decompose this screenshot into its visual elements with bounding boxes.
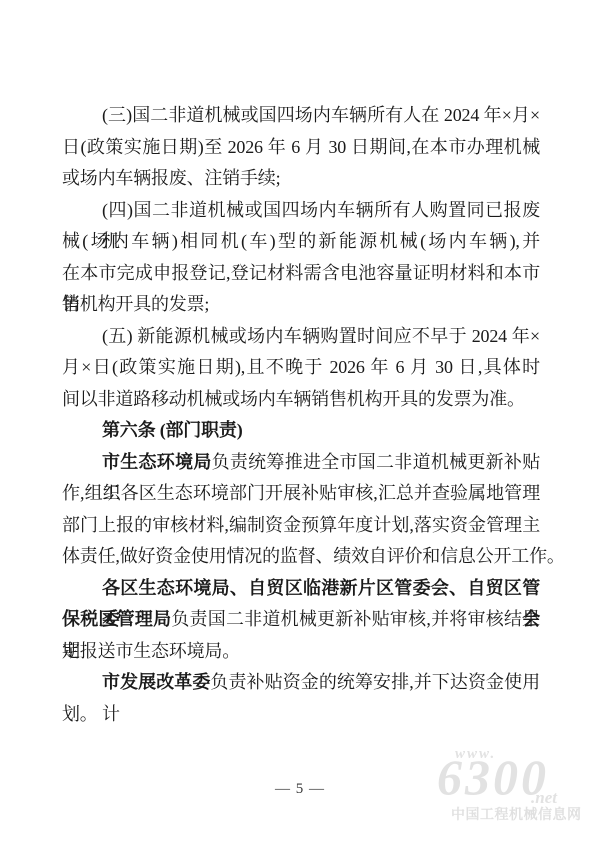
text-line: (五) 新能源机械或场内车辆购置时间应不早于 2024 年× <box>62 321 540 353</box>
text-line: 或场内车辆报废、注销手续; <box>62 163 540 195</box>
text-line: (三)国二非道机械或国四场内车辆所有人在 2024 年×月× <box>62 100 540 132</box>
text-line: 部门上报的审核材料,编制资金预算年度计划,落实资金管理主 <box>62 510 540 542</box>
bold-text-run: 市发展改革委 <box>102 672 210 692</box>
text-line: 体责任,做好资金使用情况的监督、绩效自评价和信息公开工作。 <box>62 541 540 573</box>
text-line: 第六条 (部门职责) <box>62 415 540 447</box>
text-line: 市发展改革委负责补贴资金的统筹安排,并下达资金使用计 <box>62 667 540 699</box>
text-line: (四)国二非道机械或国四场内车辆所有人购置同已报废机 <box>62 195 540 227</box>
text-line: 作,组织各区生态环境部门开展补贴审核,汇总并查验属地管理 <box>62 478 540 510</box>
text-run: 售机构开具的发票; <box>62 294 209 314</box>
text-run: (五) 新能源机械或场内车辆购置时间应不早于 2024 年× <box>102 326 540 346</box>
text-run: 作,组织各区生态环境部门开展补贴审核,汇总并查验属地管理 <box>62 483 540 503</box>
text-line: 间以非道路移动机械或场内车辆销售机构开具的发票为准。 <box>62 384 540 416</box>
text-line: 划。 <box>62 699 540 731</box>
text-run: 间以非道路移动机械或场内车辆销售机构开具的发票为准。 <box>62 389 525 409</box>
text-run: 械(场内车辆)相同机(车)型的新能源机械(场内车辆),并 <box>62 231 540 251</box>
bold-text-run: 保税区管理局 <box>62 609 171 629</box>
page-number: — 5 — <box>0 781 600 798</box>
text-line: 日(政策实施日期)至 2026 年 6 月 30 日期间,在本市办理机械 <box>62 132 540 164</box>
text-run: 部门上报的审核材料,编制资金预算年度计划,落实资金管理主 <box>62 515 540 535</box>
document-body: (三)国二非道机械或国四场内车辆所有人在 2024 年×月×日(政策实施日期)至… <box>62 100 540 730</box>
text-run: 划。 <box>62 704 98 724</box>
text-run: 体责任,做好资金使用情况的监督、绩效自评价和信息公开工作。 <box>62 546 565 566</box>
text-line: 月×日(政策实施日期),且不晚于 2026 年 6 月 30 日,具体时 <box>62 352 540 384</box>
watermark-site-name: 中国工程机械信息网 <box>451 804 582 824</box>
text-line: 市生态环境局负责统筹推进全市国二非道机械更新补贴工 <box>62 447 540 479</box>
document-page: (三)国二非道机械或国四场内车辆所有人在 2024 年×月×日(政策实施日期)至… <box>0 0 600 848</box>
text-run: 月×日(政策实施日期),且不晚于 2026 年 6 月 30 日,具体时 <box>62 357 540 377</box>
text-run: (三)国二非道机械或国四场内车辆所有人在 2024 年×月× <box>102 105 540 125</box>
text-run: 日(政策实施日期)至 2026 年 6 月 30 日期间,在本市办理机械 <box>62 137 540 157</box>
bold-text-run: 市生态环境局 <box>102 452 212 472</box>
text-line: 期报送市生态环境局。 <box>62 636 540 668</box>
watermark-www-text: www. <box>455 746 496 763</box>
text-line: 各区生态环境局、自贸区临港新片区管委会、自贸区管委会 <box>62 573 540 605</box>
bold-text-run: 第六条 (部门职责) <box>102 420 243 440</box>
text-line: 械(场内车辆)相同机(车)型的新能源机械(场内车辆),并 <box>62 226 540 258</box>
text-line: 保税区管理局负责国二非道机械更新补贴审核,并将审核结果定 <box>62 604 540 636</box>
text-line: 在本市完成申报登记,登记材料需含电池容量证明材料和本市销 <box>62 258 540 290</box>
text-line: 售机构开具的发票; <box>62 289 540 321</box>
text-run: 期报送市生态环境局。 <box>62 641 240 661</box>
text-run: 或场内车辆报废、注销手续; <box>62 168 280 188</box>
